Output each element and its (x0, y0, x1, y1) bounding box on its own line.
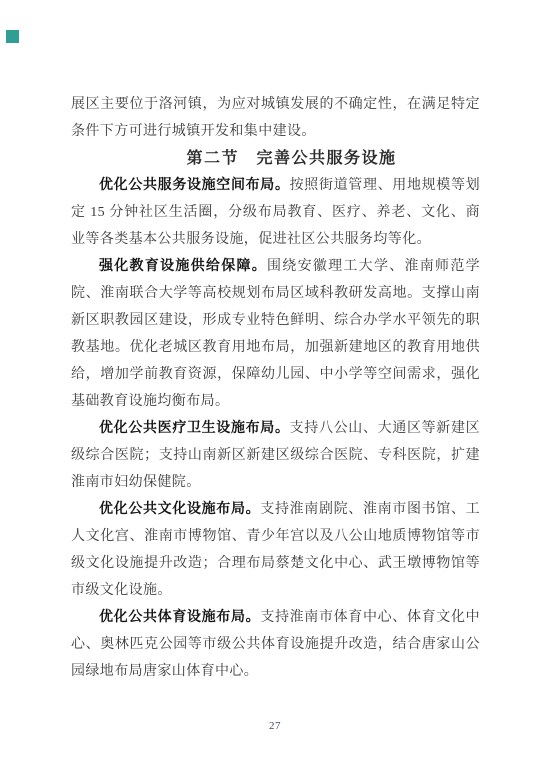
paragraph-lead: 强化教育设施供给保障。 (99, 259, 267, 274)
teal-corner-marker (6, 30, 19, 43)
paragraph-lead: 优化公共服务设施空间布局。 (99, 178, 290, 193)
paragraph: 优化公共文化设施布局。支持淮南剧院、淮南市图书馆、工人文化宫、淮南市博物馆、青少… (71, 496, 480, 604)
paragraph-lead: 优化公共体育设施布局。 (99, 610, 260, 625)
paragraph: 优化公共体育设施布局。支持淮南市体育中心、体育文化中心、奥林匹克公园等市级公共体… (71, 604, 480, 685)
paragraph-text: 围绕安徽理工大学、淮南师范学院、淮南联合大学等高校规划布局区域科教研发高地。支撑… (71, 259, 480, 409)
paragraph: 优化公共医疗卫生设施布局。支持八公山、大通区等新建区级综合医院；支持山南新区新建… (71, 415, 480, 496)
paragraph: 优化公共服务设施空间布局。按照街道管理、用地规模等划定 15 分钟社区生活圈，分… (71, 172, 480, 253)
paragraph-lead: 优化公共文化设施布局。 (99, 502, 260, 517)
page-number: 27 (0, 720, 550, 732)
paragraph: 强化教育设施供给保障。围绕安徽理工大学、淮南师范学院、淮南联合大学等高校规划布局… (71, 253, 480, 415)
intro-paragraph: 展区主要位于洛河镇，为应对城镇发展的不确定性，在满足特定条件下方可进行城镇开发和… (71, 91, 480, 145)
document-page: 展区主要位于洛河镇，为应对城镇发展的不确定性，在满足特定条件下方可进行城镇开发和… (0, 0, 550, 777)
document-body: 展区主要位于洛河镇，为应对城镇发展的不确定性，在满足特定条件下方可进行城镇开发和… (71, 91, 480, 685)
section-heading: 第二节 完善公共服务设施 (71, 145, 480, 172)
paragraph-lead: 优化公共医疗卫生设施布局。 (99, 421, 290, 436)
